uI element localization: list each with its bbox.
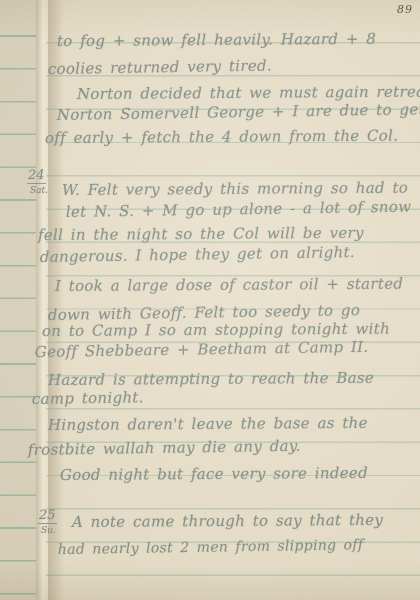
handwriting-line: A note came through to say that they — [72, 511, 383, 532]
handwriting-line: off early + fetch the 4 down from the Co… — [45, 127, 398, 148]
handwriting-line: coolies returned very tired. — [48, 56, 272, 79]
handwriting-line: W. Felt very seedy this morning so had t… — [62, 179, 408, 200]
handwriting-line: Hingston daren't leave the base as the — [48, 414, 368, 435]
handwriting-line: fell in the night so the Col will be ver… — [38, 224, 364, 245]
facing-page-edge — [0, 0, 37, 600]
handwriting-line: Hazard is attempting to reach the Base — [48, 369, 374, 390]
margin-date-weekday: Su. — [41, 525, 57, 537]
margin-date-day: 25 — [38, 510, 57, 524]
margin-date-weekday: Sat. — [30, 185, 48, 197]
facing-page-ruled-lines — [0, 4, 37, 600]
diary-page-scan: 89 to fog + snow fell heavily. Hazard + … — [0, 0, 420, 600]
handwriting-line: I took a large dose of castor oil + star… — [55, 275, 403, 296]
handwriting-line: to fog + snow fell heavily. Hazard + 8 — [57, 30, 376, 51]
page-number: 89 — [397, 3, 413, 16]
margin-date-24: 24 Sat. — [27, 168, 48, 197]
handwriting-line: Good night but face very sore indeed — [60, 464, 368, 485]
margin-date-25: 25 Su. — [38, 508, 57, 537]
margin-date-day: 24 — [27, 170, 46, 184]
handwriting-line: camp tonight. — [32, 388, 144, 409]
